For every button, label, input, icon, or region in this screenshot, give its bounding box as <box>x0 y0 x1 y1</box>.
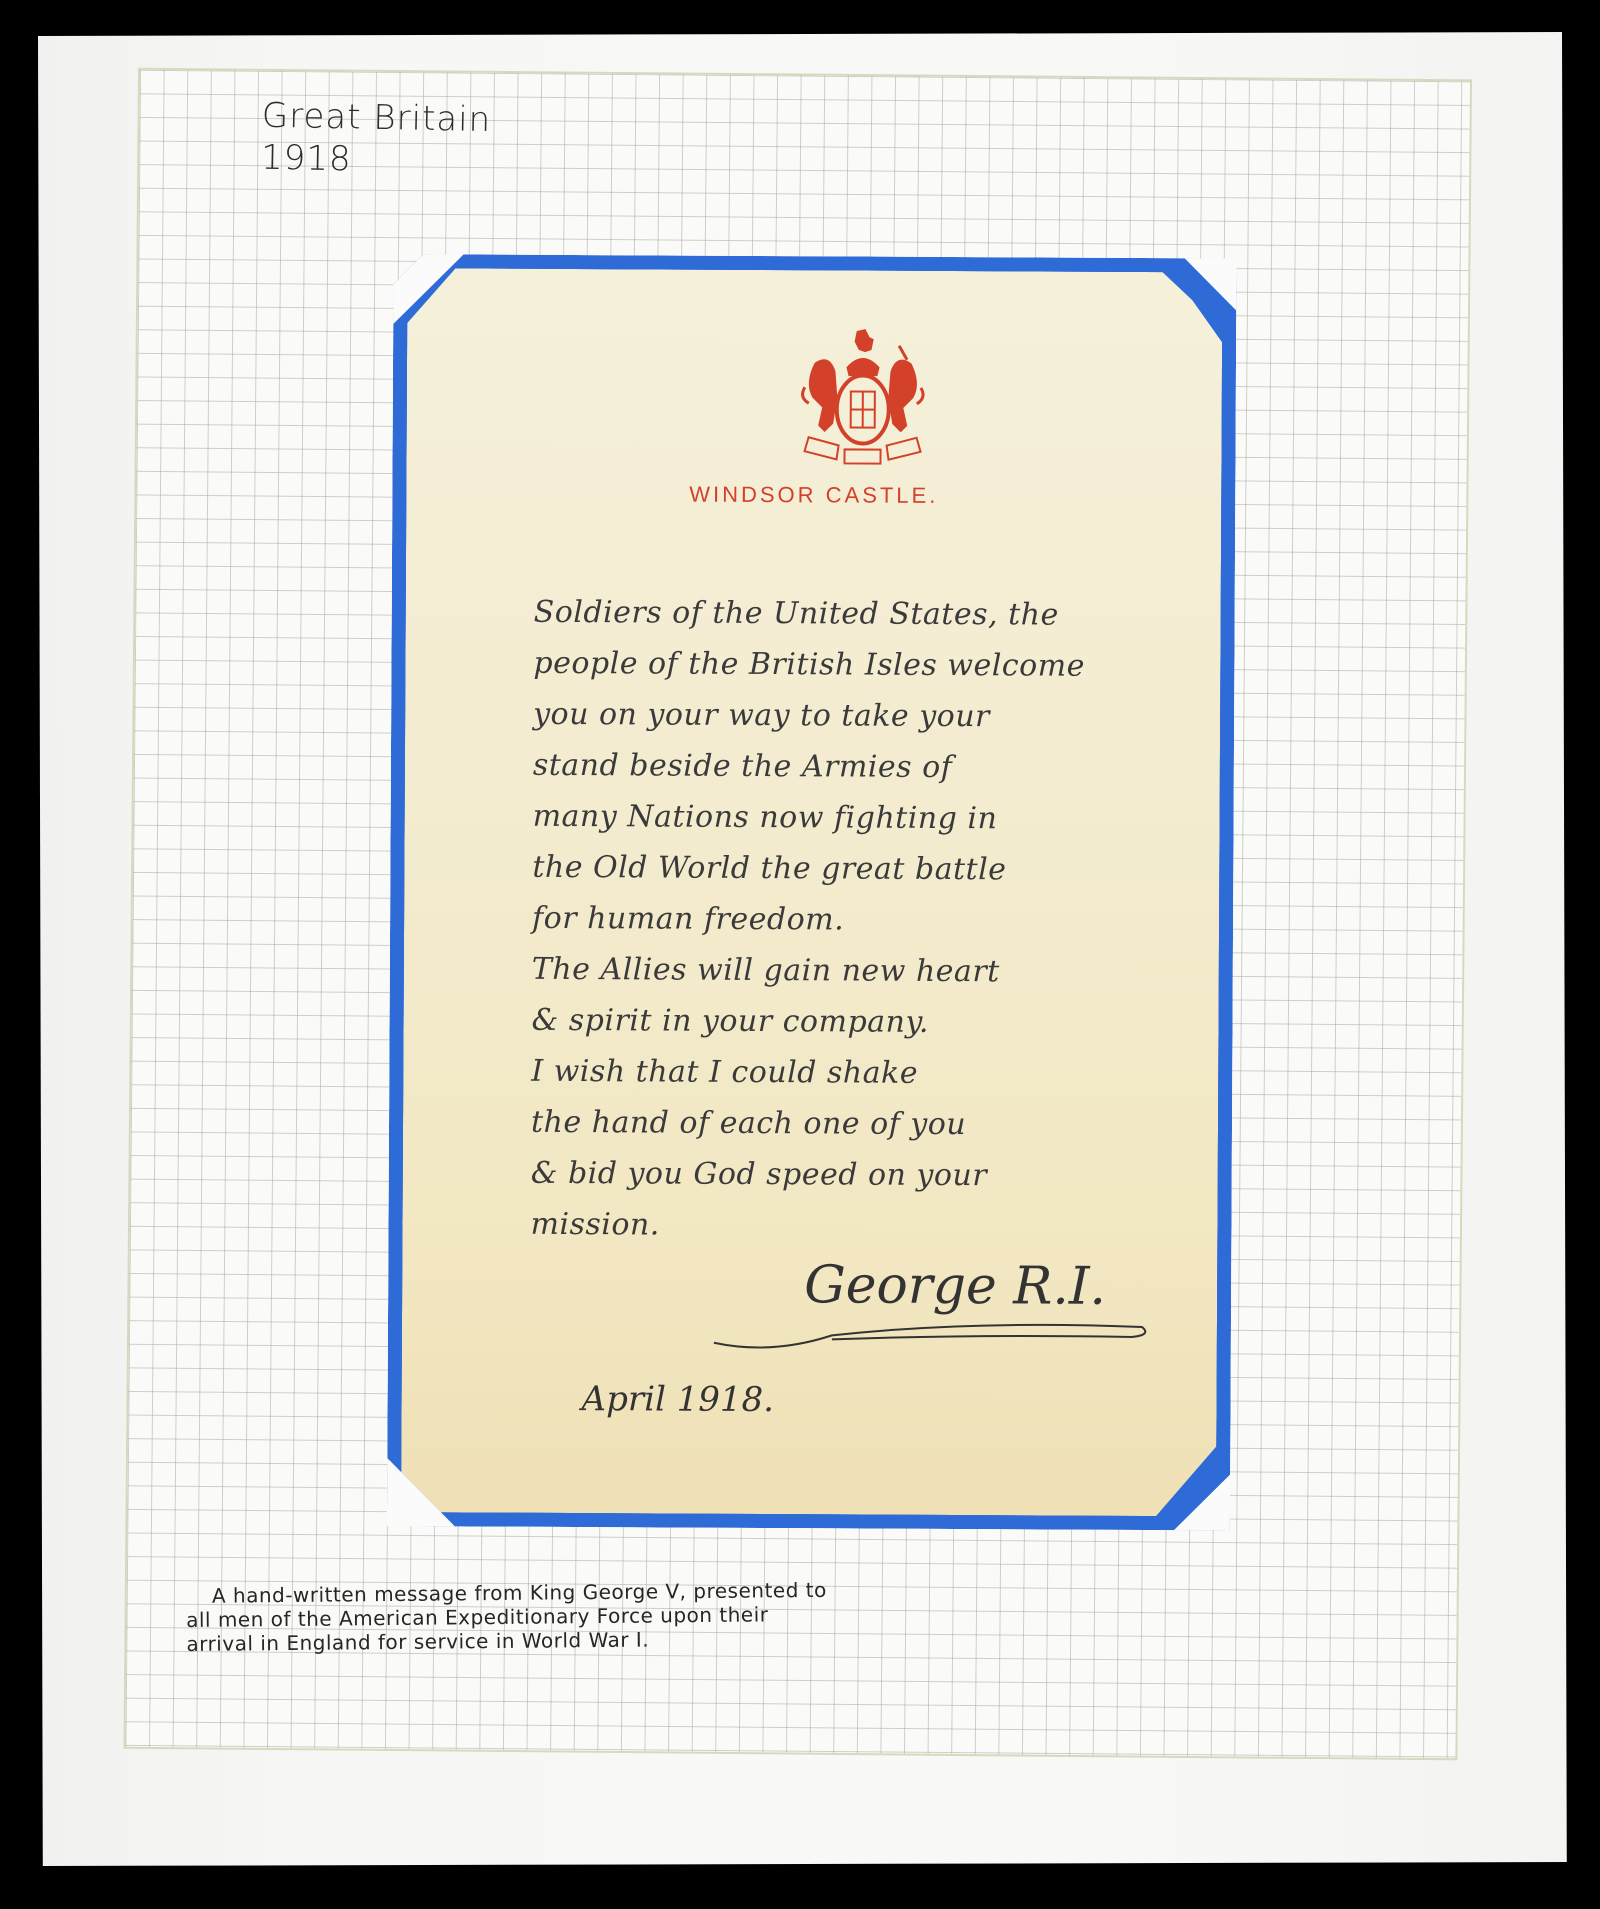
message-line: Soldiers of the United States, the <box>534 587 1194 641</box>
letter-paper: WINDSOR CASTLE. Soldiers of the United S… <box>401 268 1223 1516</box>
message-line: stand beside the Armies of <box>533 740 1193 794</box>
message-line: & bid you God speed on your <box>531 1148 1191 1202</box>
message-line: you on your way to take your <box>533 689 1193 743</box>
message-line: people of the British Isles welcome <box>533 638 1193 692</box>
letterhead: WINDSOR CASTLE. <box>406 480 1221 510</box>
message-line: The Allies will gain new heart <box>532 944 1192 998</box>
message-line: mission. <box>530 1199 1190 1253</box>
message-line: for human freedom. <box>532 893 1192 947</box>
album-page: Great Britain 1918 <box>38 32 1567 1866</box>
signature-flourish-icon <box>712 1315 1152 1357</box>
message-line: many Nations now fighting in <box>532 791 1192 845</box>
message-line: & spirit in your company. <box>531 995 1191 1049</box>
message-line: the hand of each one of you <box>531 1097 1191 1151</box>
handwritten-message: Soldiers of the United States, the peopl… <box>530 587 1193 1253</box>
year-title: 1918 <box>261 137 491 183</box>
page-heading: Great Britain 1918 <box>261 95 492 183</box>
country-title: Great Britain <box>261 95 491 141</box>
page-caption: A hand-written message from King George … <box>186 1575 1147 1656</box>
message-line: I wish that I could shake <box>531 1046 1191 1100</box>
letter-date: April 1918. <box>581 1379 774 1420</box>
royal-coat-of-arms-icon <box>794 327 931 468</box>
message-line: the Old World the great battle <box>532 842 1192 896</box>
signature: George R.I. <box>804 1255 1106 1317</box>
blue-mount-border: WINDSOR CASTLE. Soldiers of the United S… <box>387 254 1237 1530</box>
